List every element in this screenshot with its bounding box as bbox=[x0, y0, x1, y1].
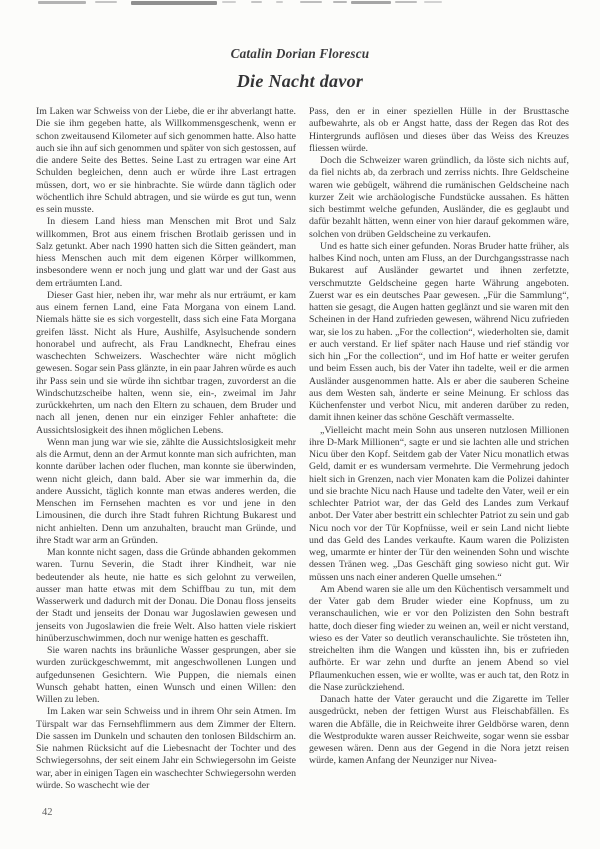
paragraph: Am Abend waren sie alle um den Küchentis… bbox=[309, 584, 569, 694]
paragraph: Im Laken war Schweiss von der Liebe, die… bbox=[36, 106, 296, 216]
author-name: Catalin Dorian Florescu bbox=[0, 46, 600, 62]
paragraph: Sie waren nachts ins bräunliche Wasser g… bbox=[36, 645, 296, 706]
paragraph: Wenn man jung war wie sie, zählte die Au… bbox=[36, 437, 296, 547]
paragraph: „Vielleicht macht mein Sohn aus unseren … bbox=[309, 425, 569, 584]
paragraph: Im Laken war sein Schweiss und in ihrem … bbox=[36, 706, 296, 792]
paragraph: In diesem Land hiess man Menschen mit Br… bbox=[36, 216, 296, 290]
text-columns: Im Laken war Schweiss von der Liebe, die… bbox=[36, 106, 569, 792]
text-column-right: Pass, den er in einer speziellen Hülle i… bbox=[309, 106, 569, 792]
page-number: 42 bbox=[42, 807, 53, 818]
paragraph: Und es hatte sich einer gefunden. Noras … bbox=[309, 241, 569, 425]
paragraph: Doch die Schweizer waren gründlich, da l… bbox=[309, 155, 569, 241]
page-title: Die Nacht davor bbox=[0, 71, 600, 92]
paragraph: Danach hatte der Vater geraucht und die … bbox=[309, 694, 569, 768]
paragraph: Pass, den er in einer speziellen Hülle i… bbox=[309, 106, 569, 155]
paragraph: Man konnte nicht sagen, dass die Gründe … bbox=[36, 547, 296, 645]
paragraph: Dieser Gast hier, neben ihr, war mehr al… bbox=[36, 290, 296, 437]
page-header: Catalin Dorian Florescu Die Nacht davor bbox=[0, 0, 600, 92]
book-page: Catalin Dorian Florescu Die Nacht davor … bbox=[0, 0, 600, 849]
text-column-left: Im Laken war Schweiss von der Liebe, die… bbox=[36, 106, 296, 792]
